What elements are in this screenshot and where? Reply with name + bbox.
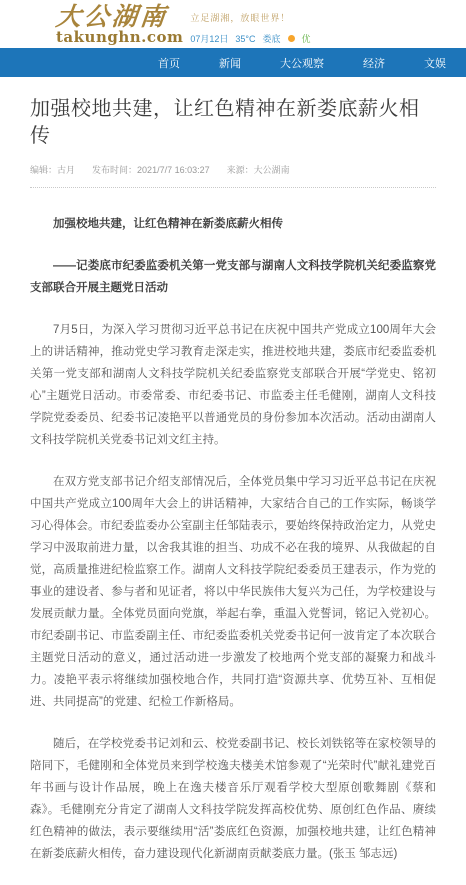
site-header: 大公湖南 takunghn.com 立足湖湘，放眼世界！ 07月12日 35°C…: [0, 0, 466, 48]
meta-editor: 编辑：古月: [30, 163, 75, 176]
article-meta: 编辑：古月 发布时间：2021/7/7 16:03:27 来源：大公湖南: [30, 163, 436, 176]
page-title: 加强校地共建，让红色精神在新娄底薪火相传: [30, 96, 436, 150]
body-subtitle: 加强校地共建，让红色精神在新娄底薪火相传: [30, 213, 436, 235]
body-subtitle-2: ——记娄底市纪委监委机关第一党支部与湖南人文科技学院机关纪委监察党支部联合开展主…: [30, 255, 436, 299]
page: 大公湖南 takunghn.com 立足湖湘，放眼世界！ 07月12日 35°C…: [0, 0, 466, 885]
temperature-label: 35°C: [235, 34, 255, 44]
main-nav: 首页 新闻 大公观察 经济 文娱: [0, 48, 466, 77]
header-right: 立足湖湘，放眼世界！ 07月12日 35°C 娄底 优: [190, 0, 310, 45]
logo-domain: takunghn.com: [56, 30, 183, 45]
site-logo[interactable]: 大公湖南 takunghn.com: [56, 0, 183, 45]
air-quality-badge: 优: [302, 32, 311, 45]
body-paragraph: 在双方党支部书记介绍支部情况后，全体党员集中学习习近平总书记在庆祝中国共产党成立…: [30, 471, 436, 713]
weather-bar: 07月12日 35°C 娄底 优: [190, 32, 310, 45]
meta-publish-time: 发布时间：2021/7/7 16:03:27: [92, 163, 210, 176]
nav-items: 首页 新闻 大公观察 经济 文娱: [158, 55, 446, 71]
date-label: 07月12日: [190, 32, 228, 45]
city-label: 娄底: [263, 32, 281, 45]
article-container: 加强校地共建，让红色精神在新娄底薪火相传 编辑：古月 发布时间：2021/7/7…: [0, 96, 466, 865]
dotted-separator: [30, 187, 436, 188]
site-slogan: 立足湖湘，放眼世界！: [190, 11, 310, 24]
nav-item-takung-observe[interactable]: 大公观察: [280, 55, 324, 71]
logo-calligraphy: 大公湖南: [55, 4, 185, 29]
meta-source: 来源：大公湖南: [227, 163, 290, 176]
body-paragraph: 随后，在学校党委书记刘和云、校党委副书记、校长刘铁铭等在家校领导的陪同下，毛健刚…: [30, 733, 436, 865]
nav-item-home[interactable]: 首页: [158, 55, 180, 71]
body-paragraph: 7月5日，为深入学习贯彻习近平总书记在庆祝中国共产党成立100周年大会上的讲话精…: [30, 319, 436, 451]
nav-item-entertainment[interactable]: 文娱: [424, 55, 446, 71]
article-body: 加强校地共建，让红色精神在新娄底薪火相传 ——记娄底市纪委监委机关第一党支部与湖…: [30, 213, 436, 865]
nav-item-economy[interactable]: 经济: [363, 55, 385, 71]
nav-item-news[interactable]: 新闻: [219, 55, 241, 71]
sun-icon: [288, 35, 295, 42]
